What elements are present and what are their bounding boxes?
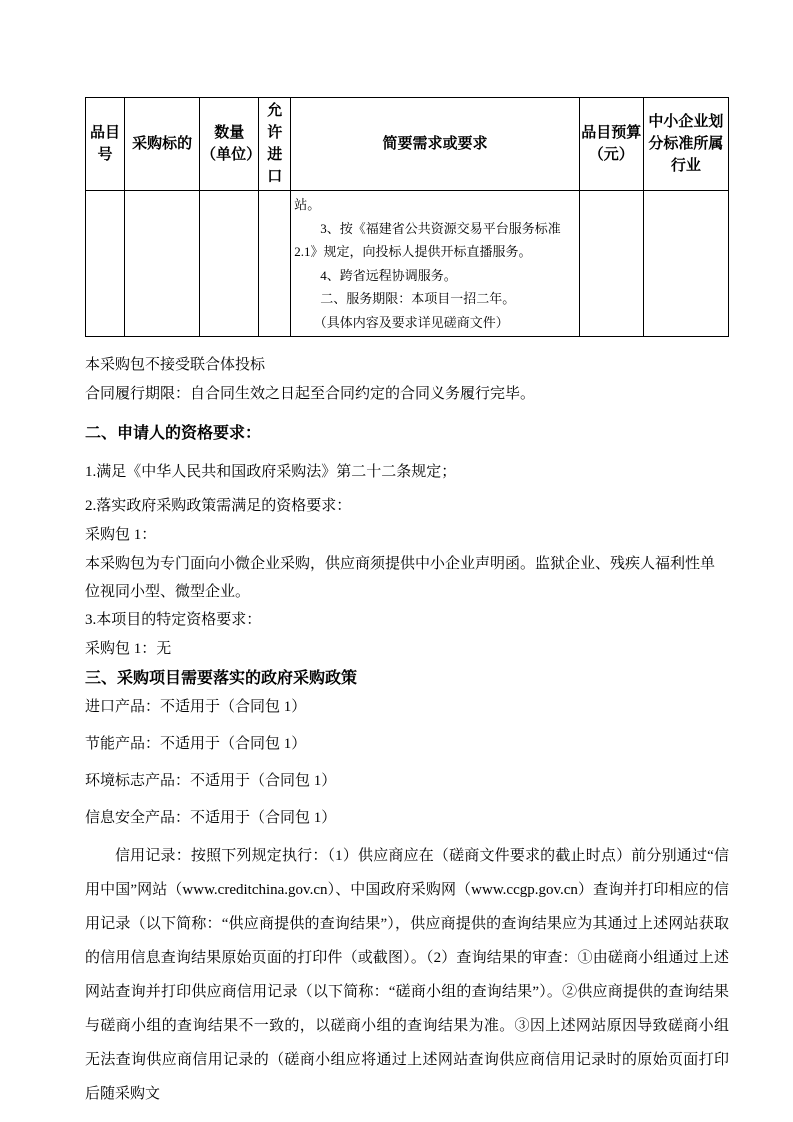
header-import-allowed: 允许进口 <box>259 98 291 191</box>
cell-item-budget <box>579 191 643 337</box>
cell-sme-industry <box>643 191 728 337</box>
section-3-title: 三、采购项目需要落实的政府采购政策 <box>85 664 729 693</box>
cell-quantity-unit <box>200 191 259 337</box>
header-quantity-unit: 数量（单位） <box>200 98 259 191</box>
table-header-row: 品目号 采购标的 数量（单位） 允许进口 简要需求或要求 品目预算（元） 中小企… <box>86 98 729 191</box>
contract-period: 合同履行期限：自合同生效之日起至合同约定的合同义务履行完毕。 <box>85 380 729 409</box>
document-page: 品目号 采购标的 数量（单位） 允许进口 简要需求或要求 品目预算（元） 中小企… <box>0 0 793 1122</box>
requirement-line: 站。 <box>294 193 575 217</box>
requirement-line: 4、跨省远程协调服务。 <box>294 264 575 288</box>
info-security-products-policy: 信息安全产品：不适用于（合同包 1） <box>85 804 729 833</box>
requirement-line: 2.1》规定，向投标人提供开标直播服务。 <box>294 240 575 264</box>
header-brief-requirements: 简要需求或要求 <box>291 98 579 191</box>
qualification-item-1: 1.满足《中华人民共和国政府采购法》第二十二条规定； <box>85 458 729 487</box>
credit-record-paragraph: 信用记录：按照下列规定执行：（1）供应商应在（磋商文件要求的截止时点）前分别通过… <box>85 839 729 1111</box>
no-consortium-note: 本采购包不接受联合体投标 <box>85 351 729 380</box>
cell-procurement-target <box>125 191 200 337</box>
table-row: 站。 3、按《福建省公共资源交易平台服务标准 2.1》规定，向投标人提供开标直播… <box>86 191 729 337</box>
environmental-label-products-policy: 环境标志产品：不适用于（合同包 1） <box>85 767 729 796</box>
package-1-specific: 采购包 1：无 <box>85 635 729 664</box>
cell-import-allowed <box>259 191 291 337</box>
section-2-title: 二、申请人的资格要求： <box>85 419 729 448</box>
header-item-budget: 品目预算（元） <box>579 98 643 191</box>
header-sme-industry: 中小企业划分标准所属行业 <box>643 98 728 191</box>
qualification-item-3: 3.本项目的特定资格要求： <box>85 606 729 635</box>
qualification-item-2: 2.落实政府采购政策需满足的资格要求： <box>85 492 729 521</box>
requirement-line: 3、按《福建省公共资源交易平台服务标准 <box>294 217 575 241</box>
package-1-policy: 本采购包为专门面向小微企业采购，供应商须提供中小企业声明函。监狱企业、残疾人福利… <box>85 550 729 606</box>
package-1-label: 采购包 1： <box>85 521 729 550</box>
procurement-items-table: 品目号 采购标的 数量（单位） 允许进口 简要需求或要求 品目预算（元） 中小企… <box>85 97 729 337</box>
requirement-line: 二、服务期限：本项目一招二年。 <box>294 287 575 311</box>
import-products-policy: 进口产品：不适用于（合同包 1） <box>85 693 729 722</box>
energy-saving-products-policy: 节能产品：不适用于（合同包 1） <box>85 730 729 759</box>
cell-item-no <box>86 191 125 337</box>
header-procurement-target: 采购标的 <box>125 98 200 191</box>
requirement-line: （具体内容及要求详见磋商文件） <box>294 311 575 335</box>
cell-brief-requirements: 站。 3、按《福建省公共资源交易平台服务标准 2.1》规定，向投标人提供开标直播… <box>291 191 579 337</box>
header-item-no: 品目号 <box>86 98 125 191</box>
